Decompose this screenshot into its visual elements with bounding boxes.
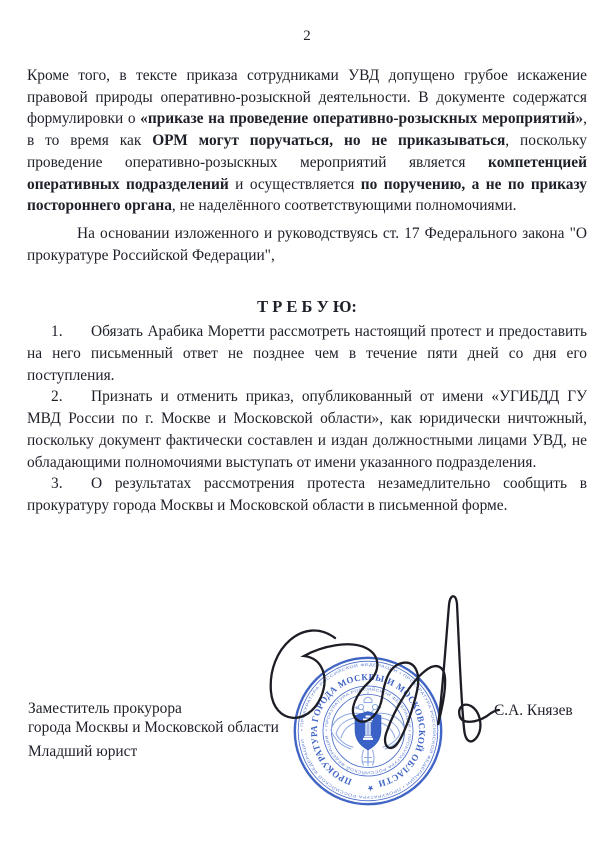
paragraph-legal-basis: На основании изложенного и руководствуяс… <box>27 223 587 266</box>
demand-text: Признать и отменить приказ, опубликованн… <box>27 388 587 470</box>
demand-number: 3. <box>51 473 91 495</box>
document-page: 2 Кроме того, в тексте приказа сотрудник… <box>0 0 614 865</box>
seal-star: ★ <box>367 784 374 793</box>
demand-text: О результатах рассмотрения протеста неза… <box>27 475 587 514</box>
demand-item-3: 3.О результатах рассмотрения протеста не… <box>27 473 587 516</box>
demand-heading: Т Р Е Б У Ю: <box>27 296 587 318</box>
handwritten-signature <box>255 585 515 760</box>
paragraph-orm-distortion: Кроме того, в тексте приказа сотрудникам… <box>27 65 587 217</box>
demand-item-2: 2.Признать и отменить приказ, опубликова… <box>27 386 587 473</box>
signature-graphic <box>255 585 515 760</box>
page-number: 2 <box>0 28 614 45</box>
demand-number: 1. <box>51 321 91 343</box>
demand-item-1: 1.Обязать Арабика Моретти рассмотреть на… <box>27 321 587 386</box>
demand-text: Обязать Арабика Моретти рассмотреть наст… <box>27 323 587 383</box>
document-body: Кроме того, в тексте приказа сотрудникам… <box>27 65 587 517</box>
demand-number: 2. <box>51 386 91 408</box>
